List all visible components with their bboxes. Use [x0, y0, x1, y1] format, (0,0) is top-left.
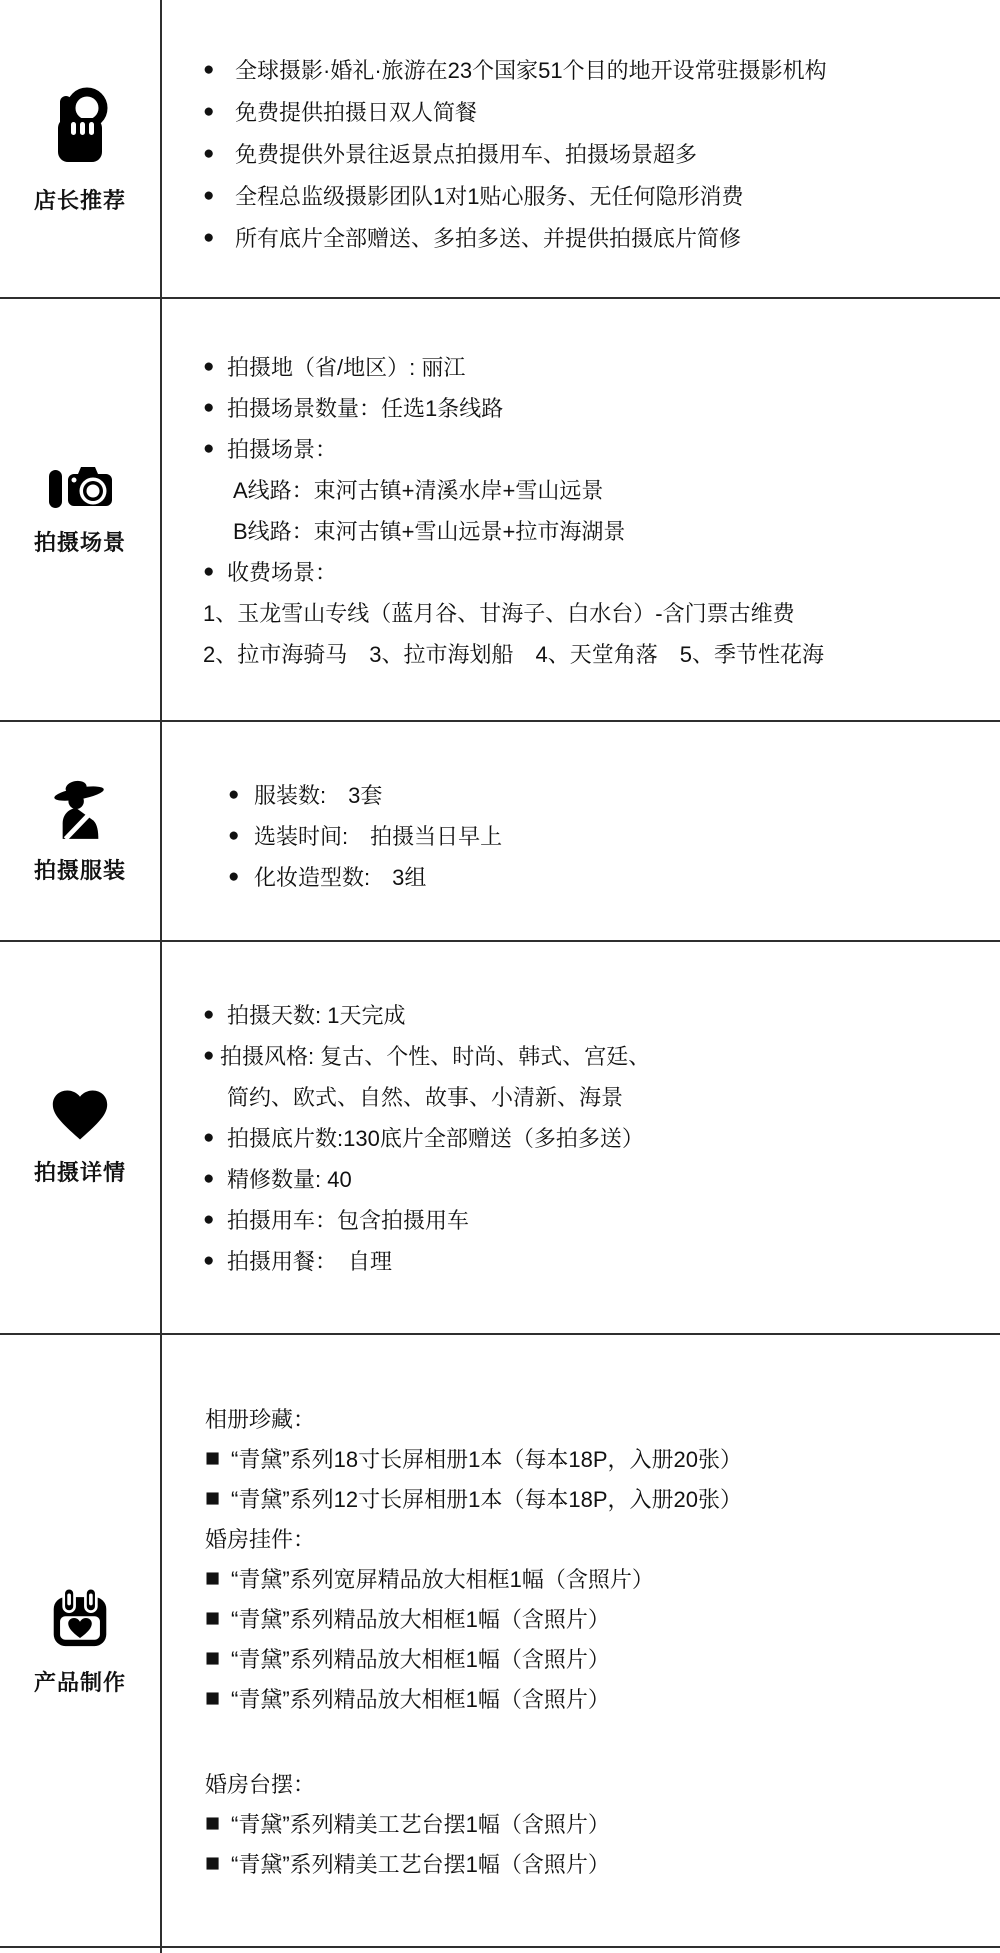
dot-bullet-icon: ●: [203, 60, 235, 79]
section-label-column: 拍摄详情: [0, 942, 160, 1333]
dot-bullet-icon: ●: [203, 439, 227, 458]
list-item: 简约、欧式、自然、故事、小清新、海景: [203, 1076, 1000, 1117]
list-item: ●拍摄底片数:130底片全部赠送（多拍多送）: [203, 1117, 1000, 1158]
list-item: 婚房挂件：: [205, 1518, 1000, 1558]
square-bullet-icon: ■: [205, 1486, 231, 1511]
dot-bullet-icon: ●: [203, 1005, 227, 1024]
list-item: ■“青黛”系列18寸长屏相册1本（每本18P，入册20张）: [205, 1438, 1000, 1478]
item-text: 全程总监级摄影团队1对1贴心服务、无任何隐形消费: [235, 180, 743, 211]
section-label: 拍摄详情: [34, 1156, 126, 1187]
item-text: 婚房台摆：: [205, 1768, 315, 1799]
camera-icon: [48, 462, 112, 512]
item-text: 全球摄影·婚礼·旅游在23个国家51个目的地开设常驻摄影机构: [235, 54, 827, 85]
list-item: 2、拉市海骑马 3、拉市海划船 4、天堂角落 5、季节性花海: [203, 633, 1000, 674]
list-item: 相册珍藏：: [205, 1398, 1000, 1438]
dot-bullet-icon: ●: [203, 228, 235, 247]
item-text: 拍摄场景数量：任选1条线路: [227, 392, 503, 423]
square-bullet-icon: ■: [205, 1566, 231, 1591]
list-item: ■“青黛”系列精品放大相框1幅（含照片）: [205, 1638, 1000, 1678]
list-item: ●收费场景：: [203, 551, 1000, 592]
section-content: ●拍摄地（省/地区）: 丽江 ●拍摄场景数量：任选1条线路 ●拍摄场景： A线路…: [160, 299, 1000, 720]
dot-bullet-icon: ●: [203, 1210, 227, 1229]
list-item: ●所有底片全部赠送、多拍多送、并提供拍摄底片简修: [203, 217, 1000, 259]
section-content: ●服装数: 3套 ●选装时间: 拍摄当日早上 ●化妆造型数: 3组: [160, 722, 1000, 940]
item-text: 婚房挂件：: [205, 1523, 315, 1554]
list-item: ●服装数: 3套: [228, 774, 1000, 815]
square-bullet-icon: ■: [205, 1646, 231, 1671]
list-item: ●选装时间: 拍摄当日早上: [228, 815, 1000, 856]
item-text: “青黛”系列精美工艺台摆1幅（含照片）: [231, 1848, 610, 1879]
item-text: 收费场景：: [227, 556, 337, 587]
square-bullet-icon: ■: [205, 1446, 231, 1471]
section-content: 相册珍藏： ■“青黛”系列18寸长屏相册1本（每本18P，入册20张） ■“青黛…: [160, 1335, 1000, 1946]
item-text: 拍摄风格: 复古、个性、时尚、韩式、宫廷、: [220, 1040, 650, 1071]
section-shoot-scenes: 拍摄场景 ●拍摄地（省/地区）: 丽江 ●拍摄场景数量：任选1条线路 ●拍摄场景…: [0, 299, 1000, 722]
woman-hat-icon: [53, 778, 107, 840]
section-store-recommend: 店长推荐 ●全球摄影·婚礼·旅游在23个国家51个目的地开设常驻摄影机构 ●免费…: [0, 0, 1000, 299]
list-item: ■“青黛”系列精美工艺台摆1幅（含照片）: [205, 1843, 1000, 1883]
item-text: 选装时间: 拍摄当日早上: [254, 820, 502, 851]
dot-bullet-icon: ●: [203, 398, 227, 417]
item-text: 免费提供拍摄日双人简餐: [235, 96, 477, 127]
list-item: ■“青黛”系列精品放大相框1幅（含照片）: [205, 1678, 1000, 1718]
item-text: “青黛”系列精品放大相框1幅（含照片）: [231, 1683, 610, 1714]
section-label: 拍摄服装: [34, 854, 126, 885]
item-text: “青黛”系列18寸长屏相册1本（每本18P，入册20张）: [231, 1443, 742, 1474]
item-text: 拍摄用餐： 自理: [227, 1245, 392, 1276]
item-text: 拍摄地（省/地区）: 丽江: [227, 351, 465, 382]
list-item: ●拍摄场景：: [203, 428, 1000, 469]
dot-bullet-icon: ●: [203, 562, 227, 581]
square-bullet-icon: ■: [205, 1851, 231, 1876]
item-text: 2、拉市海骑马 3、拉市海划船 4、天堂角落 5、季节性花海: [203, 638, 824, 669]
list-item: B线路：束河古镇+雪山远景+拉市海湖景: [203, 510, 1000, 551]
item-text: 化妆造型数: 3组: [254, 861, 426, 892]
item-text: 拍摄场景：: [227, 433, 337, 464]
dot-bullet-icon: ●: [228, 826, 254, 845]
list-item: ●全球摄影·婚礼·旅游在23个国家51个目的地开设常驻摄影机构: [203, 49, 1000, 91]
square-bullet-icon: ■: [205, 1686, 231, 1711]
section-shoot-details: 拍摄详情 ●拍摄天数: 1天完成 ●拍摄风格: 复古、个性、时尚、韩式、宫廷、 …: [0, 942, 1000, 1335]
section-label-column: 拍摄场景: [0, 299, 160, 720]
item-text: “青黛”系列精品放大相框1幅（含照片）: [231, 1643, 610, 1674]
item-text: “青黛”系列精美工艺台摆1幅（含照片）: [231, 1808, 610, 1839]
item-text: 拍摄天数: 1天完成: [227, 999, 405, 1030]
item-text: 所有底片全部赠送、多拍多送、并提供拍摄底片简修: [235, 222, 741, 253]
list-item: ●化妆造型数: 3组: [228, 856, 1000, 897]
list-item: ■“青黛”系列精美工艺台摆1幅（含照片）: [205, 1803, 1000, 1843]
list-item: 婚房台摆：: [205, 1763, 1000, 1803]
list-item: ●免费提供外景往返景点拍摄用车、拍摄场景超多: [203, 133, 1000, 175]
list-item: ●拍摄场景数量：任选1条线路: [203, 387, 1000, 428]
dot-bullet-icon: ●: [203, 1128, 227, 1147]
item-text: 拍摄底片数:130底片全部赠送（多拍多送）: [227, 1122, 644, 1153]
item-text: B线路：束河古镇+雪山远景+拉市海湖景: [233, 515, 625, 546]
dot-bullet-icon: ●: [228, 867, 254, 886]
item-text: 服装数: 3套: [254, 779, 382, 810]
item-text: 简约、欧式、自然、故事、小清新、海景: [227, 1081, 623, 1112]
calendar-heart-icon: [51, 1584, 109, 1652]
item-text: 相册珍藏：: [205, 1403, 315, 1434]
product-detail-panel: 店长推荐 ●全球摄影·婚礼·旅游在23个国家51个目的地开设常驻摄影机构 ●免费…: [0, 0, 1000, 1953]
section-label-column: 拍摄服装: [0, 722, 160, 940]
list-item: ●精修数量: 40: [203, 1158, 1000, 1199]
list-item: ■“青黛”系列宽屏精品放大相框1幅（含照片）: [205, 1558, 1000, 1598]
list-item: A线路：束河古镇+清溪水岸+雪山远景: [203, 469, 1000, 510]
item-text: “青黛”系列宽屏精品放大相框1幅（含照片）: [231, 1563, 654, 1594]
list-item: ■“青黛”系列精品放大相框1幅（含照片）: [205, 1598, 1000, 1638]
heart-icon: [51, 1088, 109, 1142]
section-label: 拍摄场景: [34, 526, 126, 557]
section-content: ●拍摄天数: 1天完成 ●拍摄风格: 复古、个性、时尚、韩式、宫廷、 简约、欧式…: [160, 942, 1000, 1333]
blank-gap: [205, 1718, 1000, 1763]
section-label-column: 店长推荐: [0, 0, 160, 297]
item-text: A线路：束河古镇+清溪水岸+雪山远景: [233, 474, 603, 505]
section-shoot-costume: 拍摄服装 ●服装数: 3套 ●选装时间: 拍摄当日早上 ●化妆造型数: 3组: [0, 722, 1000, 942]
list-item: ●拍摄用餐： 自理: [203, 1240, 1000, 1281]
dot-bullet-icon: ●: [203, 144, 235, 163]
list-item: ●拍摄天数: 1天完成: [203, 994, 1000, 1035]
list-item: ■“青黛”系列12寸长屏相册1本（每本18P，入册20张）: [205, 1478, 1000, 1518]
item-text: 拍摄用车：包含拍摄用车: [227, 1204, 469, 1235]
dot-bullet-icon: ●: [228, 785, 254, 804]
list-item: 1、玉龙雪山专线（蓝月谷、甘海子、白水台）-含门票古维费: [203, 592, 1000, 633]
item-text: 精修数量: 40: [227, 1163, 352, 1194]
item-text: 1、玉龙雪山专线（蓝月谷、甘海子、白水台）-含门票古维费: [203, 597, 795, 628]
item-text: 免费提供外景往返景点拍摄用车、拍摄场景超多: [235, 138, 697, 169]
dot-bullet-icon: ●: [203, 357, 227, 376]
section-content: ●全球摄影·婚礼·旅游在23个国家51个目的地开设常驻摄影机构 ●免费提供拍摄日…: [160, 0, 1000, 297]
section-label: 店长推荐: [34, 184, 126, 215]
section-product-making: 产品制作 相册珍藏： ■“青黛”系列18寸长屏相册1本（每本18P，入册20张）…: [0, 1335, 1000, 1948]
list-item: ●拍摄地（省/地区）: 丽江: [203, 346, 1000, 387]
section-label: 产品制作: [34, 1666, 126, 1697]
list-item: ●免费提供拍摄日双人简餐: [203, 91, 1000, 133]
square-bullet-icon: ■: [205, 1606, 231, 1631]
list-item: ●拍摄风格: 复古、个性、时尚、韩式、宫廷、: [203, 1035, 1000, 1076]
dot-bullet-icon: ●: [203, 1169, 227, 1188]
recommend-hand-icon: [50, 82, 110, 170]
list-item: ●全程总监级摄影团队1对1贴心服务、无任何隐形消费: [203, 175, 1000, 217]
dot-bullet-icon: ●: [203, 102, 235, 121]
square-bullet-icon: ■: [205, 1811, 231, 1836]
dot-bullet-icon: ●: [203, 1251, 227, 1270]
section-label-column: 产品制作: [0, 1335, 160, 1946]
item-text: “青黛”系列12寸长屏相册1本（每本18P，入册20张）: [231, 1483, 742, 1514]
dot-bullet-icon: ●: [203, 186, 235, 205]
list-item: ●拍摄用车：包含拍摄用车: [203, 1199, 1000, 1240]
item-text: “青黛”系列精品放大相框1幅（含照片）: [231, 1603, 610, 1634]
dot-bullet-icon: ●: [203, 1046, 220, 1065]
